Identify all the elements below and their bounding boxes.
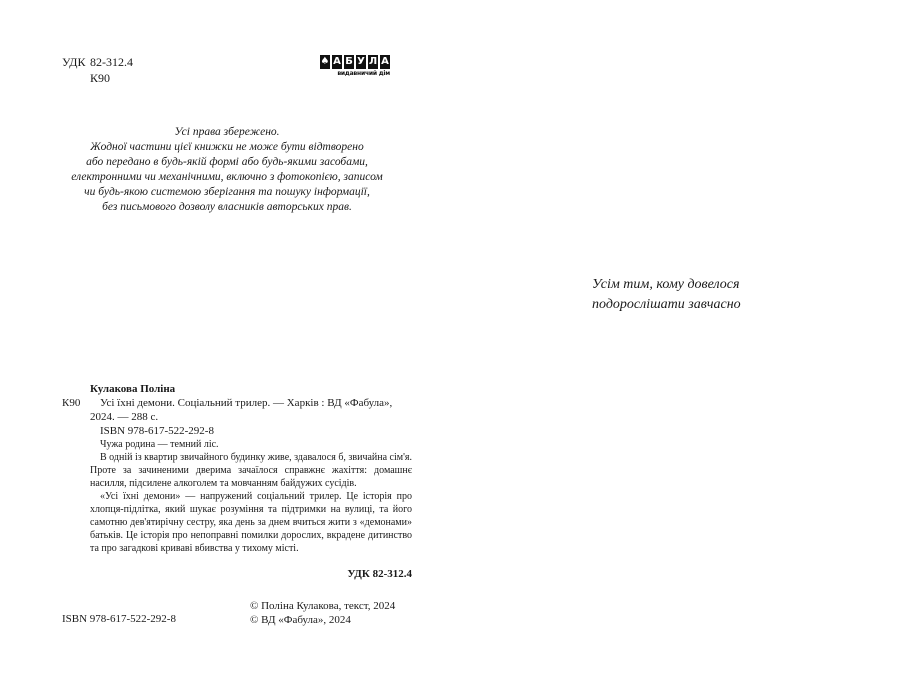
logo-letter: Б <box>344 55 354 69</box>
logo-letter: У <box>356 55 366 69</box>
catalog-annotation: Чужа родина — темний ліс. В одній із ква… <box>90 438 412 555</box>
catalog-tagline: Чужа родина — темний ліс. <box>90 438 412 451</box>
catalog-udk: УДК 82-312.4 <box>62 567 412 581</box>
logo-letter: А <box>332 55 342 69</box>
logo-letter: ♠ <box>320 55 330 69</box>
copyright-line: © ВД «Фабула», 2024 <box>250 613 395 627</box>
right-page <box>450 0 900 692</box>
dedication-line: подорослішати завчасно <box>592 295 792 315</box>
catalog-isbn: ISBN 978-617-522-292-8 <box>100 424 412 438</box>
rights-line: Жодної частини цієї книжки не може бути … <box>62 140 392 155</box>
catalog-code-inline: К90 <box>62 396 90 410</box>
catalog-paragraph: «Усі їхні демони» — напружений соціальни… <box>90 490 412 555</box>
udk-value: 82-312.4 <box>90 54 133 70</box>
logo-letter: А <box>380 55 390 69</box>
rights-line: чи будь-якою системою зберігання та пошу… <box>62 185 392 200</box>
dedication-line: Усім тим, кому довелося <box>592 275 792 295</box>
logo-subtitle: видавничий дім <box>320 70 390 77</box>
catalog-title-cont: 2024. — 288 с. <box>90 410 412 424</box>
catalog-code: К90 <box>90 70 110 86</box>
catalog-author: Кулакова Поліна <box>90 382 412 396</box>
isbn-footer: ISBN 978-617-522-292-8 <box>62 613 176 625</box>
rights-line: електронними чи механічними, включно з ф… <box>62 170 392 185</box>
catalog-entry: Кулакова Поліна К90 Усі їхні демони. Соц… <box>62 382 412 581</box>
publisher-logo: ♠ А Б У Л А видавничий дім <box>320 55 390 77</box>
copyright-line: © Поліна Кулакова, текст, 2024 <box>250 599 395 613</box>
catalog-title: Усі їхні демони. Соціальний трилер. — Ха… <box>90 396 412 410</box>
copyright-block: © Поліна Кулакова, текст, 2024 © ВД «Фаб… <box>250 599 395 627</box>
rights-line: або передано в будь-якій формі або будь-… <box>62 155 392 170</box>
rights-line: без письмового дозволу власників авторсь… <box>62 200 392 215</box>
rights-notice: Усі права збережено. Жодної частини цієї… <box>62 125 392 215</box>
logo-letter: Л <box>368 55 378 69</box>
udk-label: УДК <box>62 54 82 70</box>
udk-header: УДК 82-312.4 К90 <box>62 54 133 86</box>
left-page: УДК 82-312.4 К90 ♠ А Б У Л А видавничий … <box>0 0 450 692</box>
catalog-paragraph: В одній із квартир звичайного будинку жи… <box>90 451 412 490</box>
dedication: Усім тим, кому довелося подорослішати за… <box>592 275 792 315</box>
rights-line: Усі права збережено. <box>62 125 392 140</box>
